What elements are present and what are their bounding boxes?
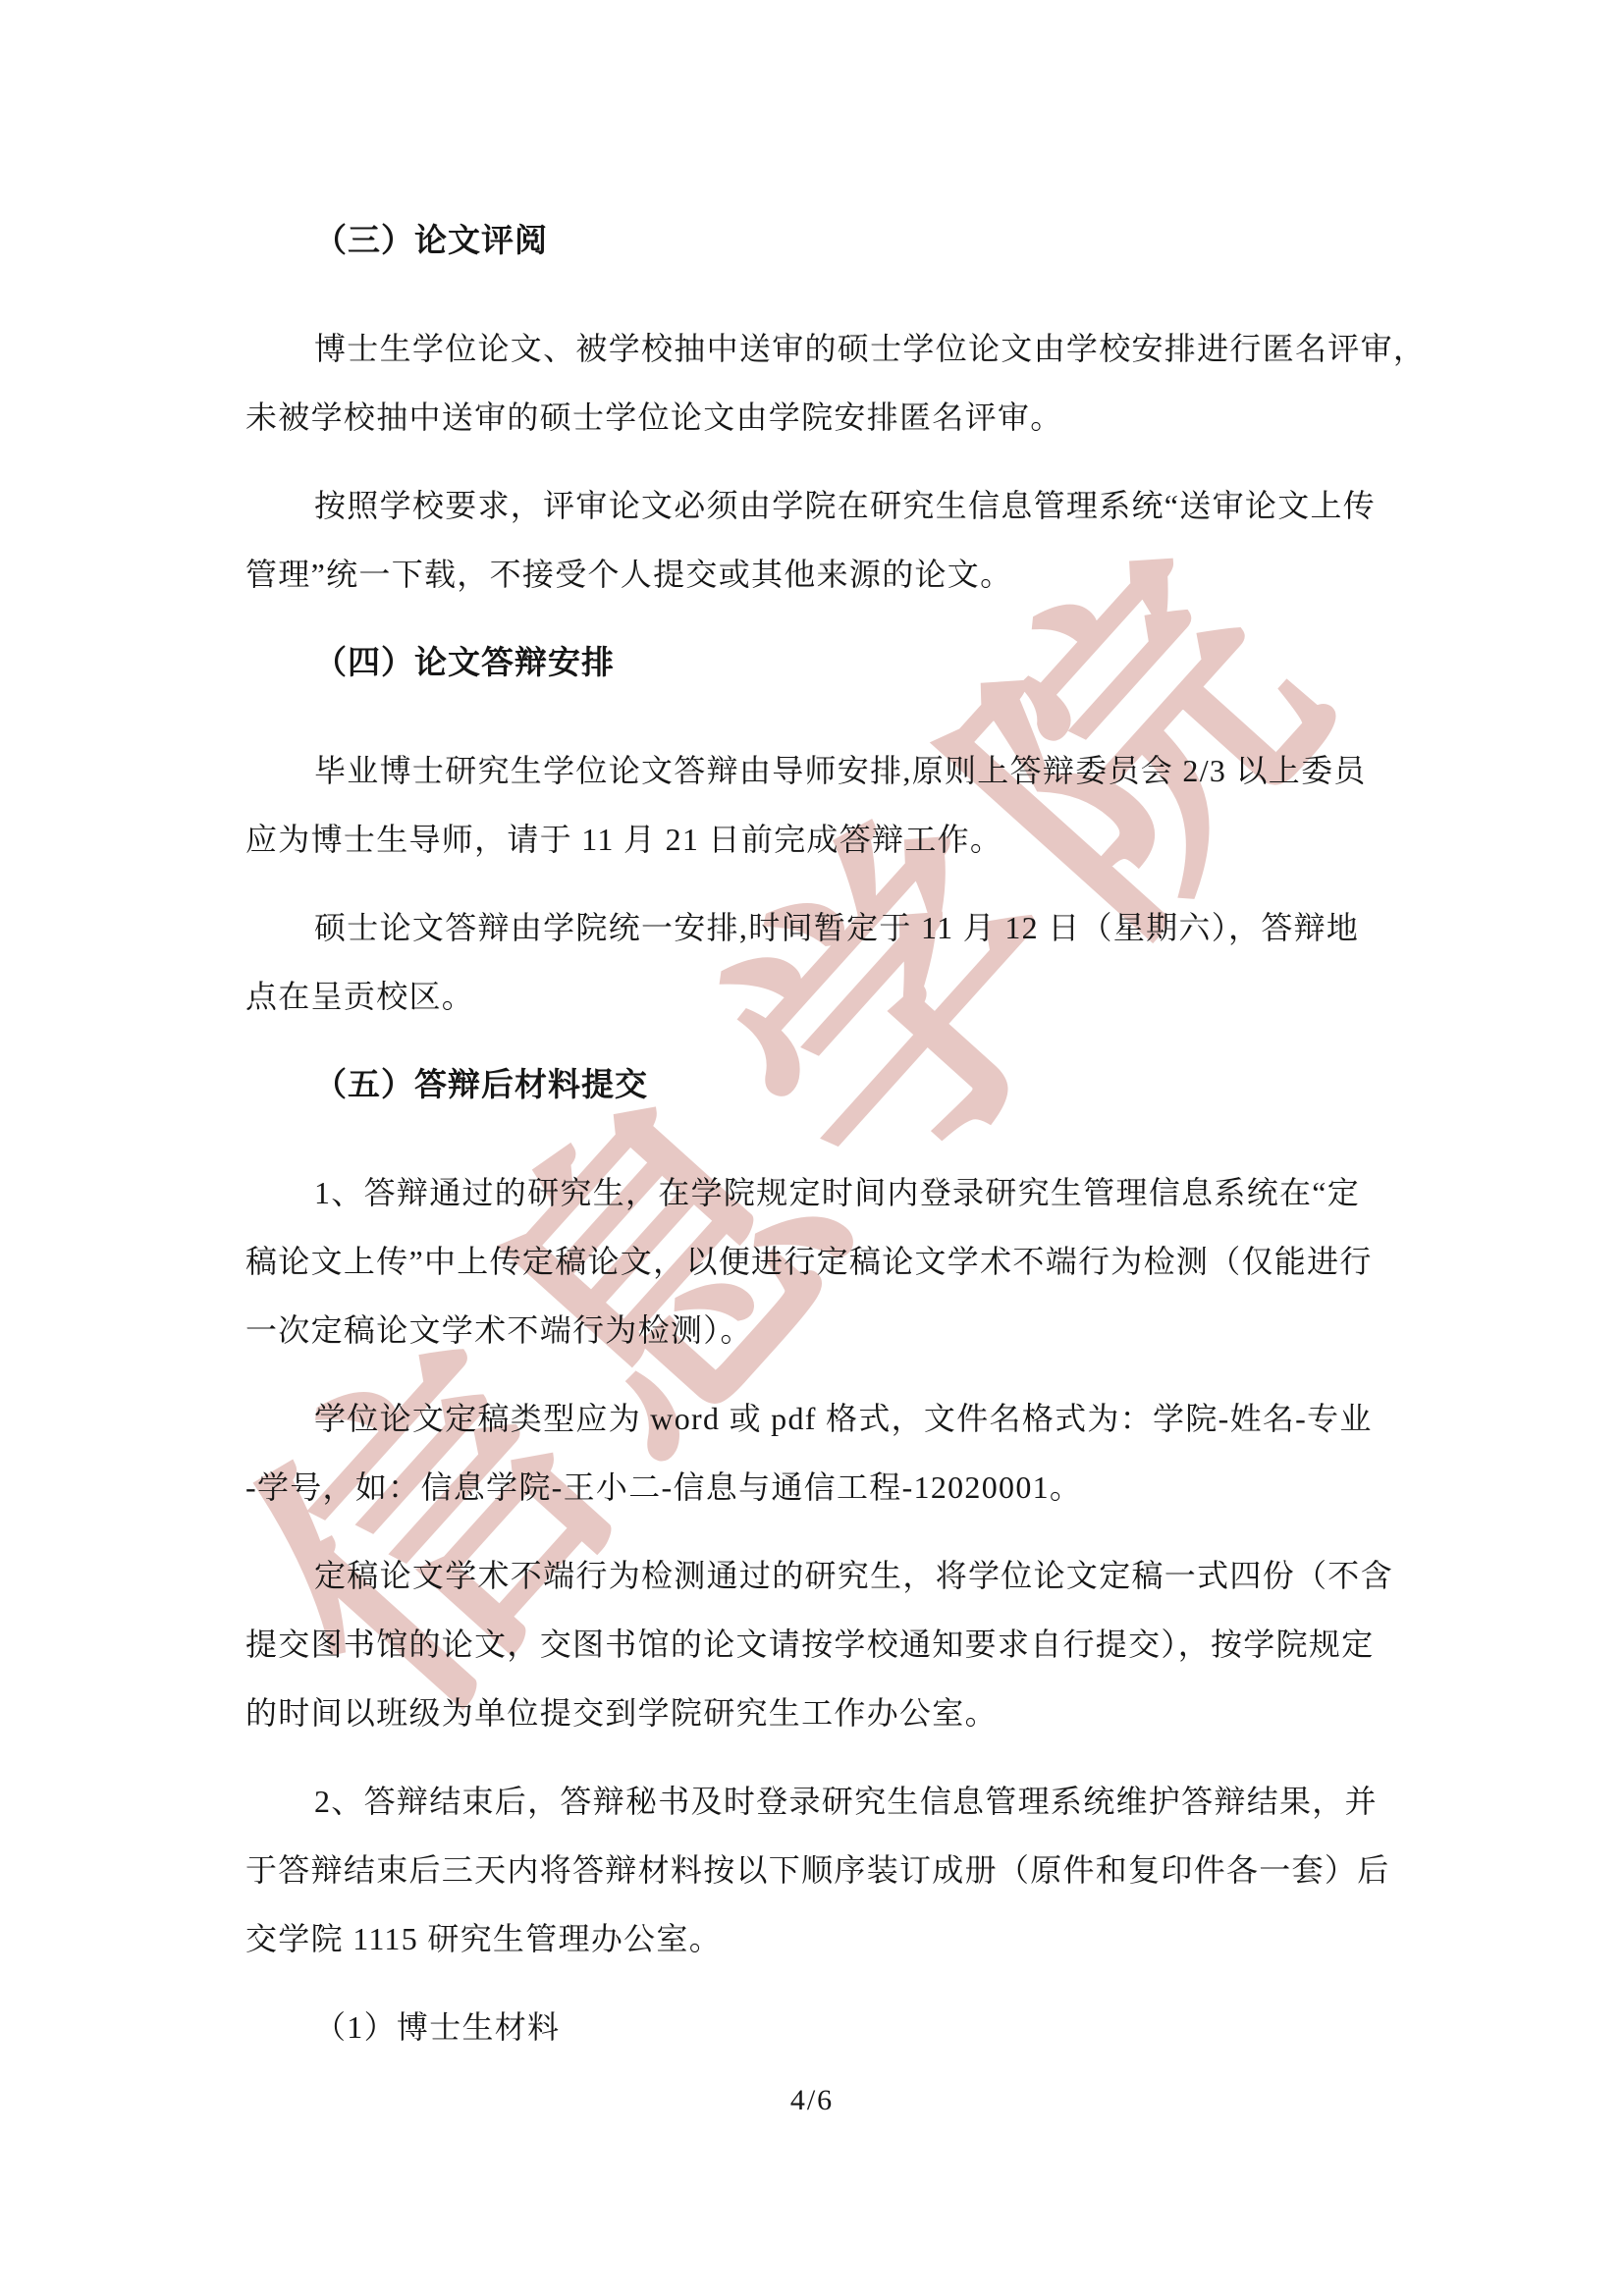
text-line: 一次定稿论文学术不端行为检测）。	[245, 1296, 1424, 1364]
section-heading: （三）论文评阅	[245, 206, 1424, 275]
text-line: 2、答辩结束后，答辩秘书及时登录研究生信息管理系统维护答辩结果，并	[245, 1767, 1424, 1836]
text-line: 的时间以班级为单位提交到学院研究生工作办公室。	[245, 1679, 1424, 1747]
text-line: 提交图书馆的论文，交图书馆的论文请按学校通知要求自行提交），按学院规定	[245, 1610, 1424, 1679]
text-line: 学位论文定稿类型应为 word 或 pdf 格式，文件名格式为：学院-姓名-专业	[245, 1384, 1424, 1453]
text-line: 稿论文上传”中上传定稿论文，以便进行定稿论文学术不端行为检测（仅能进行	[245, 1227, 1424, 1296]
paragraph: 按照学校要求，评审论文必须由学院在研究生信息管理系统“送审论文上传管理”统一下载…	[245, 471, 1424, 609]
paragraph: 毕业博士研究生学位论文答辩由导师安排,原则上答辩委员会 2/3 以上委员应为博士…	[245, 736, 1424, 874]
text-line: -学号，如：信息学院-王小二-信息与通信工程-12020001。	[245, 1453, 1424, 1522]
paragraph: 硕士论文答辩由学院统一安排,时间暂定于 11 月 12 日（星期六），答辩地点在…	[245, 893, 1424, 1031]
text-line: 应为博士生导师，请于 11 月 21 日前完成答辩工作。	[245, 805, 1424, 874]
content-flow: （三）论文评阅博士生学位论文、被学校抽中送审的硕士学位论文由学校安排进行匿名评审…	[0, 0, 1624, 2061]
text-line: 定稿论文学术不端行为检测通过的研究生，将学位论文定稿一式四份（不含	[245, 1541, 1424, 1610]
heading-line: （三）论文评阅	[245, 206, 1424, 275]
page-number: 4/6	[0, 2081, 1624, 2120]
text-line: 按照学校要求，评审论文必须由学院在研究生信息管理系统“送审论文上传	[245, 471, 1424, 540]
heading-line: （四）论文答辩安排	[245, 628, 1424, 697]
text-line: 交学院 1115 研究生管理办公室。	[245, 1904, 1424, 1973]
paragraph: 2、答辩结束后，答辩秘书及时登录研究生信息管理系统维护答辩结果，并于答辩结束后三…	[245, 1767, 1424, 1973]
paragraph: 博士生学位论文、被学校抽中送审的硕士学位论文由学校安排进行匿名评审，未被学校抽中…	[245, 314, 1424, 452]
text-line: 1、答辩通过的研究生，在学院规定时间内登录研究生管理信息系统在“定	[245, 1158, 1424, 1227]
paragraph: 定稿论文学术不端行为检测通过的研究生，将学位论文定稿一式四份（不含提交图书馆的论…	[245, 1541, 1424, 1747]
paragraph: 学位论文定稿类型应为 word 或 pdf 格式，文件名格式为：学院-姓名-专业…	[245, 1384, 1424, 1522]
text-line: 于答辩结束后三天内将答辩材料按以下顺序装订成册（原件和复印件各一套）后	[245, 1836, 1424, 1904]
section-heading: （五）答辩后材料提交	[245, 1050, 1424, 1119]
text-line: （1）博士生材料	[245, 1993, 1424, 2061]
text-line: 管理”统一下载，不接受个人提交或其他来源的论文。	[245, 540, 1424, 609]
text-line: 博士生学位论文、被学校抽中送审的硕士学位论文由学校安排进行匿名评审，	[245, 314, 1424, 383]
document-page: 信息学院 （三）论文评阅博士生学位论文、被学校抽中送审的硕士学位论文由学校安排进…	[0, 0, 1624, 2296]
text-line: 硕士论文答辩由学院统一安排,时间暂定于 11 月 12 日（星期六），答辩地	[245, 893, 1424, 962]
text-line: 未被学校抽中送审的硕士学位论文由学院安排匿名评审。	[245, 383, 1424, 452]
heading-line: （五）答辩后材料提交	[245, 1050, 1424, 1119]
text-line: 毕业博士研究生学位论文答辩由导师安排,原则上答辩委员会 2/3 以上委员	[245, 736, 1424, 805]
paragraph: （1）博士生材料	[245, 1993, 1424, 2061]
section-heading: （四）论文答辩安排	[245, 628, 1424, 697]
text-line: 点在呈贡校区。	[245, 962, 1424, 1031]
paragraph: 1、答辩通过的研究生，在学院规定时间内登录研究生管理信息系统在“定稿论文上传”中…	[245, 1158, 1424, 1364]
